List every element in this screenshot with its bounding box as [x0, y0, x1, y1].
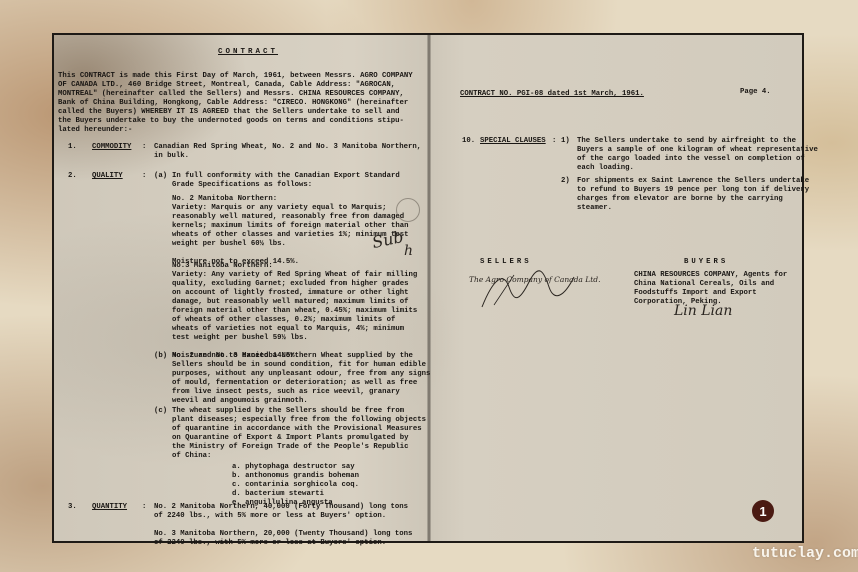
sellers-signature: [474, 267, 584, 312]
margin-mark: h: [404, 247, 413, 256]
sellers-title: SELLERS: [480, 258, 532, 267]
seal-stamp: [396, 198, 420, 222]
text-line: of mould, fermentation or deterioration;…: [172, 379, 424, 388]
text-line: Variety: Any variety of Red Spring Wheat…: [172, 271, 422, 280]
text-line: [172, 249, 422, 258]
quarantine-list: a. phytophaga destructor sayb. anthonomu…: [232, 463, 359, 508]
buyers-signature: Lin Lian: [674, 307, 732, 316]
text-line: Canadian Red Spring Wheat, No. 2 and No.…: [154, 143, 419, 152]
section-heading: QUALITY: [92, 172, 123, 181]
item-label: 1): [561, 137, 570, 146]
text-line: Variety: Marquis or any variety equal to…: [172, 204, 422, 213]
item-label: 2): [561, 177, 570, 186]
text-line: For shipments ex Saint Lawrence the Sell…: [577, 177, 807, 186]
clause-b-text: No. 2 and No. 3 Manitoba Northern Wheat …: [172, 352, 424, 406]
text-line: of 2240 lbs., with 5% more or less at Bu…: [154, 512, 416, 521]
section-number: 1.: [68, 143, 77, 152]
text-line: No. 3 Manitoba Northern, 20,000 (Twenty …: [154, 530, 416, 539]
margin-initials: Sub: [371, 232, 404, 247]
text-line: reasonably well matured, reasonably free…: [172, 213, 422, 222]
text-line: OF CANADA LTD., 460 Bridge Street, Montr…: [58, 81, 420, 90]
clause-a-text: In full conformity with the Canadian Exp…: [172, 172, 422, 190]
text-line: quality, excluding Garnet; excluded from…: [172, 280, 422, 289]
quantity-text: No. 2 Manitoba Northern, 40,000 (Forty T…: [154, 503, 416, 548]
text-line: plant diseases; especially free from the…: [172, 416, 424, 425]
text-line: [172, 343, 422, 352]
contract-number-header: CONTRACT NO. PGI-08 dated 1st March, 196…: [460, 90, 644, 99]
colon: :: [552, 137, 556, 146]
text-line: This CONTRACT is made this First Day of …: [58, 72, 420, 81]
text-line: a. phytophaga destructor say: [232, 463, 359, 472]
section-heading: COMMODITY: [92, 143, 131, 152]
text-line: The wheat supplied by the Sellers should…: [172, 407, 424, 416]
text-line: each loading.: [577, 164, 807, 173]
text-line: foreign material other than wheat, 0.45%…: [172, 307, 422, 316]
text-line: [154, 521, 416, 530]
text-line: called the Buyers) WHEREBY IT IS AGREED …: [58, 108, 420, 117]
watermark: tutuclay.com: [752, 545, 858, 562]
text-line: No. 2 Manitoba Northern, 40,000 (Forty T…: [154, 503, 416, 512]
clause-c-text: The wheat supplied by the Sellers should…: [172, 407, 424, 461]
text-line: No.3 Manitoba Northern:: [172, 262, 422, 271]
text-line: Buyers a sample of one kilogram of wheat…: [577, 146, 807, 155]
section-number: 2.: [68, 172, 77, 181]
special-clause-1: The Sellers undertake to send by airfrei…: [577, 137, 807, 173]
text-line: from live insect pests, such as rice wee…: [172, 388, 424, 397]
text-line: lated hereunder:-: [58, 126, 420, 135]
text-line: d. bacterium stewarti: [232, 490, 359, 499]
text-line: No. 2 Manitoba Northern:: [172, 195, 422, 204]
text-line: Grade Specifications as follows:: [172, 181, 422, 190]
text-line: weevil and angoumois grainmoth.: [172, 397, 424, 406]
text-line: of wheats of other classes, 0.2%; maximu…: [172, 316, 422, 325]
grade-no3-spec: No.3 Manitoba Northern:Variety: Any vari…: [172, 262, 422, 361]
page-number: Page 4.: [740, 88, 771, 97]
text-line: of quarantine in accordance with the Pro…: [172, 425, 424, 434]
section-number: 3.: [68, 503, 77, 512]
contract-photo: CONTRACT This CONTRACT is made this Firs…: [52, 33, 804, 543]
text-line: of China:: [172, 452, 424, 461]
text-line: on account of lightly frosted, immature …: [172, 289, 422, 298]
text-line: Sellers should be in sound condition, fi…: [172, 361, 424, 370]
text-line: No. 2 and No. 3 Manitoba Northern Wheat …: [172, 352, 424, 361]
text-line: In full conformity with the Canadian Exp…: [172, 172, 422, 181]
text-line: damage, but reasonably well matured; max…: [172, 298, 422, 307]
colon: :: [142, 503, 146, 512]
text-line: c. contarinia sorghicola coq.: [232, 481, 359, 490]
commodity-text: Canadian Red Spring Wheat, No. 2 and No.…: [154, 143, 419, 161]
text-line: on Quarantine of Export & Import Plants …: [172, 434, 424, 443]
colon: :: [142, 143, 146, 152]
page-badge: 1: [752, 500, 774, 522]
text-line: Foodstuffs Import and Export: [634, 289, 804, 298]
text-line: the Ministry of Foreign Trade of the Peo…: [172, 443, 424, 452]
text-line: CHINA RESOURCES COMPANY, Agents for: [634, 271, 804, 280]
text-line: wheats of varieties not equal to Marquis…: [172, 325, 422, 334]
special-clause-2: For shipments ex Saint Lawrence the Sell…: [577, 177, 807, 213]
text-line: China National Cereals, Oils and: [634, 280, 804, 289]
text-line: test weight per bushel 59½ lbs.: [172, 334, 422, 343]
text-line: purposes, without any unpleasant odour, …: [172, 370, 424, 379]
text-line: The Sellers undertake to send by airfrei…: [577, 137, 807, 146]
contract-title: CONTRACT: [218, 48, 278, 57]
contract-intro: This CONTRACT is made this First Day of …: [58, 72, 420, 135]
text-line: of 2240 lbs., with 5% more or less at Bu…: [154, 539, 416, 548]
text-line: in bulk.: [154, 152, 419, 161]
text-line: steamer.: [577, 204, 807, 213]
text-line: charges from elevator are borne by the c…: [577, 195, 807, 204]
section-heading: QUANTITY: [92, 503, 127, 512]
buyers-block: CHINA RESOURCES COMPANY, Agents forChina…: [634, 271, 804, 307]
text-line: Bank of China Building, Hongkong, Cable …: [58, 99, 420, 108]
text-line: the Buyers undertake to buy the undernot…: [58, 117, 420, 126]
clause-number: 10.: [462, 137, 475, 146]
page-fold: [427, 35, 431, 541]
buyers-title: BUYERS: [684, 258, 728, 267]
text-line: of the cargo loaded into the vessel on c…: [577, 155, 807, 164]
colon: :: [142, 172, 146, 181]
text-line: b. anthonomus grandis boheman: [232, 472, 359, 481]
text-line: to refund to Buyers 19 pence per long to…: [577, 186, 807, 195]
text-line: MONTREAL" (hereinafter called the Seller…: [58, 90, 420, 99]
clause-heading: SPECIAL CLAUSES: [480, 137, 546, 146]
